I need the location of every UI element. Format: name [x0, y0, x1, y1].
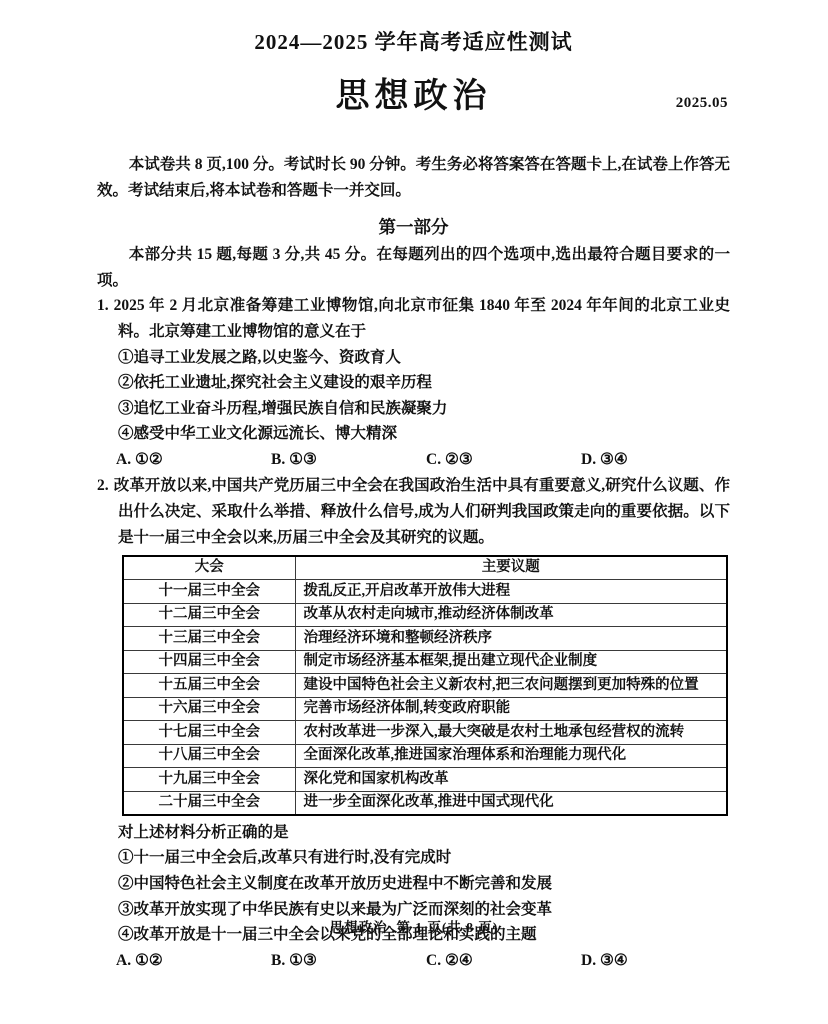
exam-instructions: 本试卷共 8 页,100 分。考试时长 90 分钟。考生务必将答案答在答题卡上,…	[97, 152, 730, 203]
section-intro: 本部分共 15 题,每题 3 分,共 45 分。在每题列出的四个选项中,选出最符…	[97, 242, 730, 293]
table-row: 十八届三中全会 全面深化改革,推进国家治理体系和治理能力现代化	[123, 744, 727, 768]
table-header-row: 大会 主要议题	[123, 556, 727, 580]
table-header-meeting: 大会	[123, 556, 295, 580]
table-cell-topic: 拨乱反正,开启改革开放伟大进程	[295, 580, 727, 604]
question-1-item-3: ③追忆工业奋斗历程,增强民族自信和民族凝聚力	[97, 396, 730, 422]
table-cell-topic: 进一步全面深化改革,推进中国式现代化	[295, 791, 727, 815]
question-1-item-4: ④感受中华工业文化源远流长、博大精深	[97, 421, 730, 447]
table-header-topic: 主要议题	[295, 556, 727, 580]
table-cell-meeting: 十一届三中全会	[123, 580, 295, 604]
question-1: 1.2025 年 2 月北京准备筹建工业博物馆,向北京市征集 1840 年至 2…	[97, 293, 730, 473]
question-1-option-c: C. ②③	[426, 447, 581, 474]
table-cell-meeting: 二十届三中全会	[123, 791, 295, 815]
page-footer: 思想政治 第 1 页(共 8 页)	[0, 916, 828, 936]
question-1-item-1: ①追寻工业发展之路,以史鉴今、资政育人	[97, 345, 730, 371]
table-row: 十三届三中全会 治理经济环境和整顿经济秩序	[123, 627, 727, 651]
table-row: 十九届三中全会 深化党和国家机构改革	[123, 768, 727, 792]
question-2: 2.改革开放以来,中国共产党历届三中全会在我国政治生活中具有重要意义,研究什么议…	[97, 473, 730, 974]
question-2-item-2: ②中国特色社会主义制度在改革开放历史进程中不断完善和发展	[97, 871, 730, 897]
table-cell-meeting: 十九届三中全会	[123, 768, 295, 792]
exam-page: 2024—2025 学年高考适应性测试 思想政治 2025.05 本试卷共 8 …	[0, 0, 828, 1024]
question-2-option-d: D. ③④	[581, 948, 628, 975]
table-cell-topic: 治理经济环境和整顿经济秩序	[295, 627, 727, 651]
question-1-option-d: D. ③④	[581, 447, 628, 474]
table-cell-topic: 全面深化改革,推进国家治理体系和治理能力现代化	[295, 744, 727, 768]
question-1-stem-text: 2025 年 2 月北京准备筹建工业博物馆,向北京市征集 1840 年至 202…	[114, 297, 730, 340]
subject-title: 思想政治	[336, 68, 492, 117]
table-row: 十五届三中全会 建设中国特色社会主义新农村,把三农问题摆到更加特殊的位置	[123, 674, 727, 698]
exam-title: 2024—2025 学年高考适应性测试	[97, 26, 730, 56]
table-cell-topic: 深化党和国家机构改革	[295, 768, 727, 792]
question-2-option-a: A. ①②	[116, 948, 271, 975]
table-row: 十一届三中全会 拨乱反正,开启改革开放伟大进程	[123, 580, 727, 604]
question-2-options: A. ①② B. ①③ C. ②④ D. ③④	[97, 948, 730, 975]
table-cell-topic: 制定市场经济基本框架,提出建立现代企业制度	[295, 650, 727, 674]
question-2-option-c: C. ②④	[426, 948, 581, 975]
question-1-option-b: B. ①③	[271, 447, 426, 474]
question-2-prompt: 对上述材料分析正确的是	[97, 820, 730, 846]
question-1-item-2: ②依托工业遗址,探究社会主义建设的艰辛历程	[97, 370, 730, 396]
question-2-option-b: B. ①③	[271, 948, 426, 975]
question-1-option-a: A. ①②	[116, 447, 271, 474]
question-1-options: A. ①② B. ①③ C. ②③ D. ③④	[97, 447, 730, 474]
table-row: 十二届三中全会 改革从农村走向城市,推动经济体制改革	[123, 603, 727, 627]
table-cell-meeting: 十六届三中全会	[123, 697, 295, 721]
section-title: 第一部分	[97, 214, 730, 239]
table-cell-meeting: 十八届三中全会	[123, 744, 295, 768]
question-2-item-1: ①十一届三中全会后,改革只有进行时,没有完成时	[97, 845, 730, 871]
question-2-number: 2.	[97, 477, 114, 494]
subject-row: 思想政治 2025.05	[97, 68, 730, 118]
table-cell-topic: 改革从农村走向城市,推动经济体制改革	[295, 603, 727, 627]
table-cell-meeting: 十五届三中全会	[123, 674, 295, 698]
question-2-stem-text: 改革开放以来,中国共产党历届三中全会在我国政治生活中具有重要意义,研究什么议题、…	[114, 477, 730, 545]
table-cell-meeting: 十三届三中全会	[123, 627, 295, 651]
table-cell-meeting: 十二届三中全会	[123, 603, 295, 627]
meetings-table: 大会 主要议题 十一届三中全会 拨乱反正,开启改革开放伟大进程 十二届三中全会 …	[122, 555, 728, 816]
table-row: 十七届三中全会 农村改革进一步深入,最大突破是农村土地承包经营权的流转	[123, 721, 727, 745]
table-row: 二十届三中全会 进一步全面深化改革,推进中国式现代化	[123, 791, 727, 815]
question-1-stem: 1.2025 年 2 月北京准备筹建工业博物馆,向北京市征集 1840 年至 2…	[97, 293, 730, 344]
table-cell-meeting: 十四届三中全会	[123, 650, 295, 674]
table-cell-topic: 完善市场经济体制,转变政府职能	[295, 697, 727, 721]
table-row: 十四届三中全会 制定市场经济基本框架,提出建立现代企业制度	[123, 650, 727, 674]
table-cell-topic: 建设中国特色社会主义新农村,把三农问题摆到更加特殊的位置	[295, 674, 727, 698]
table-row: 十六届三中全会 完善市场经济体制,转变政府职能	[123, 697, 727, 721]
table-cell-topic: 农村改革进一步深入,最大突破是农村土地承包经营权的流转	[295, 721, 727, 745]
question-2-stem: 2.改革开放以来,中国共产党历届三中全会在我国政治生活中具有重要意义,研究什么议…	[97, 473, 730, 550]
table-cell-meeting: 十七届三中全会	[123, 721, 295, 745]
question-1-number: 1.	[97, 297, 114, 314]
exam-date: 2025.05	[676, 95, 728, 112]
